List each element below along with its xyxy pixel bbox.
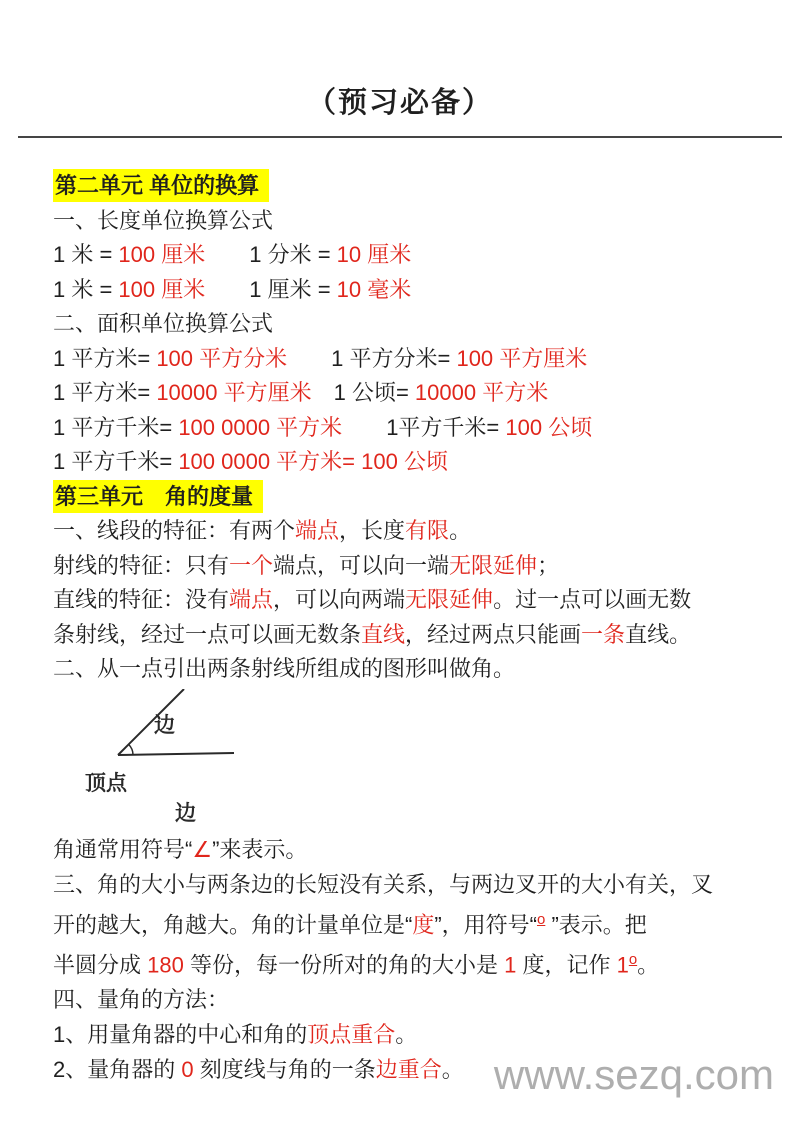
text-segment: 二、从一点引出两条射线所组成的图形叫做角。 [53,656,515,681]
line-ray-feature: 射线的特征：只有一个端点，可以向一端无限延伸； [53,549,760,584]
text-segment: 条射线，经过一点可以画无数条 [53,622,361,647]
text-segment: 二、面积单位换算公式 [53,311,273,336]
text-segment: 0 [181,1057,193,1082]
text-segment: 三、角的大小与两条边的长短没有关系，与两边叉开的大小有关，叉 [53,872,713,897]
text-segment: 度，记作 [516,952,616,977]
side-label-upper: 边 [154,715,175,737]
text-segment: 无限延伸 [449,553,537,578]
text-segment: 100 0000 平方米 [178,415,342,440]
text-segment: 。 [442,1057,464,1082]
line-angle-definition: 二、从一点引出两条射线所组成的图形叫做角。 [53,652,760,687]
text-segment: 100 公顷 [505,415,592,440]
text-segment: 第二单元 单位的换算 [55,173,259,198]
text-segment: 1 平方千米= [53,449,178,474]
text-segment: 100 平方分米 [156,346,287,371]
side-label-lower: 边 [175,803,196,825]
text-segment: 。 [449,518,471,543]
text-segment: 第三单元 角的度量 [55,484,253,509]
text-segment: 无限延伸 [405,587,493,612]
text-segment: 100 厘米 [118,277,205,302]
text-segment: 100 0000 平方米= 100 公顷 [178,449,448,474]
text-segment: 半圆分成 [53,952,147,977]
text-segment: 1 厘米 = [205,277,336,302]
text-segment: 有限 [405,518,449,543]
line-length-formula-2: 1 米 = 100 厘米 1 厘米 = 10 毫米 [53,273,760,308]
line-area-formula-3: 1 平方千米= 100 0000 平方米 1平方千米= 100 公顷 [53,411,760,446]
text-segment: 1 米 = [53,277,118,302]
text-segment: 。 [395,1022,417,1047]
line-angle-symbol: 角通常用符号“∠”来表示。 [53,832,760,867]
line-measure-title: 四、量角的方法： [53,982,760,1017]
text-block-angle: 角通常用符号“∠”来表示。三、角的大小与两条边的长短没有关系，与两边叉开的大小有… [53,832,760,1088]
text-segment: 1 平方米= [53,380,156,405]
text-segment: 1 [617,952,629,977]
text-segment: 1、用量角器的中心和角的 [53,1022,307,1047]
text-segment: 1平方千米= [342,415,505,440]
text-segment: 直线的特征：没有 [53,587,229,612]
document-content: 第二单元 单位的换算一、长度单位换算公式1 米 = 100 厘米 1 分米 = … [0,138,800,1087]
text-segment: 直线。 [625,622,691,647]
line-length-formula-1: 1 米 = 100 厘米 1 分米 = 10 厘米 [53,238,760,273]
text-segment: ”表示。把 [545,912,646,937]
section-highlight: 第三单元 角的度量 [53,480,263,513]
text-segment: 边重合 [376,1057,442,1082]
line-measure-step-1: 1、用量角器的中心和角的顶点重合。 [53,1017,760,1052]
text-block-units: 第二单元 单位的换算一、长度单位换算公式1 米 = 100 厘米 1 分米 = … [53,169,760,687]
line-line-feature-1: 直线的特征：没有端点，可以向两端无限延伸。过一点可以画无数 [53,583,760,618]
text-segment: 100 平方厘米 [456,346,587,371]
text-segment: 1 平方千米= [53,415,178,440]
text-segment: 1 米 = [53,242,118,267]
text-segment: 180 [147,952,184,977]
angle-arc [129,744,133,754]
text-segment: ； [537,553,559,578]
text-segment: 端点，可以向一端 [273,553,449,578]
text-segment: 10000 平方厘米 [156,380,311,405]
text-segment: o [629,951,637,968]
text-segment: 10 厘米 [337,242,412,267]
line-line-feature-2: 条射线，经过一点可以画无数条直线，经过两点只能画一条直线。 [53,618,760,653]
text-segment: ”，用符号“ [434,912,537,937]
text-segment: 开的越大，角越大。角的计量单位是“ [53,912,412,937]
text-segment: 1 平方分米= [287,346,456,371]
text-segment: 直线 [361,622,405,647]
angle-ray-lower [118,753,234,755]
text-segment: 一、长度单位换算公式 [53,208,273,233]
text-segment: 角通常用符号“ [53,837,192,862]
text-segment: 一个 [229,553,273,578]
text-segment: ，可以向两端 [273,587,405,612]
text-segment: ，长度 [339,518,405,543]
watermark: www.sezq.com [494,1051,774,1099]
angle-diagram: 边 顶点 边 [53,689,760,831]
line-area-title: 二、面积单位换算公式 [53,307,760,342]
section-highlight: 第二单元 单位的换算 [53,169,269,202]
text-segment: 一、线段的特征：有两个 [53,518,295,543]
text-segment: 等份，每一份所对的角的大小是 [184,952,504,977]
page-title: （预习必备） [0,80,800,121]
line-angle-size-2: 开的越大，角越大。角的计量单位是“度”，用符号“o ”表示。把 [53,902,760,942]
text-segment: 顶点重合 [307,1022,395,1047]
text-segment: 2、量角器的 [53,1057,181,1082]
line-area-formula-1: 1 平方米= 100 平方分米 1 平方分米= 100 平方厘米 [53,342,760,377]
line-segment-feature: 一、线段的特征：有两个端点，长度有限。 [53,514,760,549]
text-segment: 端点 [295,518,339,543]
text-segment: 射线的特征：只有 [53,553,229,578]
text-segment: 100 厘米 [118,242,205,267]
line-area-formula-2: 1 平方米= 10000 平方厘米 1 公顷= 10000 平方米 [53,376,760,411]
text-segment: 四、量角的方法： [53,987,229,1012]
text-segment: 1 [504,952,516,977]
line-angle-size-3: 半圆分成 180 等份，每一份所对的角的大小是 1 度，记作 1o。 [53,942,760,982]
text-segment: 刻度线与角的一条 [194,1057,376,1082]
text-segment: ∠ [192,837,212,862]
text-segment: 1 公顷= [312,380,415,405]
text-segment: 度 [412,912,434,937]
line-length-title: 一、长度单位换算公式 [53,204,760,239]
text-segment: 1 平方米= [53,346,156,371]
line-area-formula-4: 1 平方千米= 100 0000 平方米= 100 公顷 [53,445,760,480]
text-segment: 10000 平方米 [415,380,548,405]
section-heading-unit2: 第二单元 单位的换算 [53,169,760,204]
text-segment: 一条 [581,622,625,647]
vertex-label: 顶点 [85,773,127,795]
text-segment: 端点 [229,587,273,612]
section-heading-unit3: 第三单元 角的度量 [53,480,760,515]
angle-figure [53,689,353,831]
text-segment: 10 毫米 [337,277,412,302]
text-segment: ”来表示。 [212,837,307,862]
text-segment: 。过一点可以画无数 [493,587,691,612]
line-angle-size-1: 三、角的大小与两条边的长短没有关系，与两边叉开的大小有关，叉 [53,867,760,902]
text-segment: 1 分米 = [205,242,336,267]
text-segment: 。 [637,952,659,977]
text-segment: ，经过两点只能画 [405,622,581,647]
